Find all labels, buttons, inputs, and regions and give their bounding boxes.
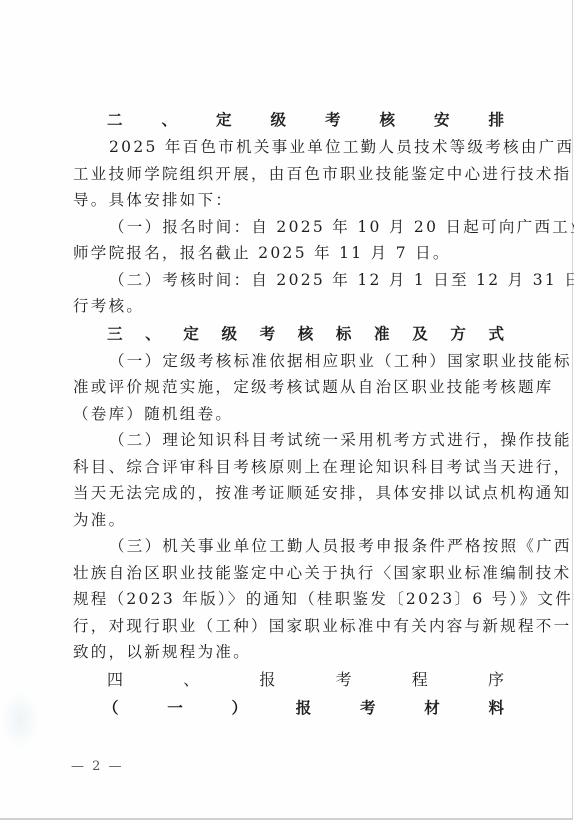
section-heading-3: 三、定级考核标准及方式 — [73, 320, 505, 348]
text-line: （卷库）随机组卷。 — [73, 401, 505, 428]
text-line: 科目、综合评审科目考核原则上在理论知识科目考试当天进行， — [73, 454, 505, 481]
section-heading-2: 二、定级考核安排 — [73, 106, 505, 134]
paragraph-arrangement-intro: 2025 年百色市机关事业单位工勤人员技术等级考核由广西 工业技师学院组织开展，… — [73, 134, 505, 214]
text-line: （一）定级考核标准依据相应职业（工种）国家职业技能标 — [73, 348, 505, 375]
text-line: 行考核。 — [73, 293, 505, 320]
text-line: 壮族自治区职业技能鉴定中心关于执行〈国家职业标准编制技术 — [73, 560, 505, 587]
paragraph-standards: （一）定级考核标准依据相应职业（工种）国家职业技能标 准或评价规范实施，定级考核… — [73, 348, 505, 428]
document-body: 二、定级考核安排 2025 年百色市机关事业单位工勤人员技术等级考核由广西 工业… — [73, 106, 505, 722]
paragraph-exam-method: （二）理论知识科目考试统一采用机考方式进行，操作技能 科目、综合评审科目考核原则… — [73, 427, 505, 533]
text-line: （三）机关事业单位工勤人员报考申报条件严格按照《广西 — [73, 533, 505, 560]
text-line: （二）理论知识科目考试统一采用机考方式进行，操作技能 — [73, 427, 505, 454]
paragraph-application-conditions: （三）机关事业单位工勤人员报考申报条件严格按照《广西 壮族自治区职业技能鉴定中心… — [73, 533, 505, 666]
text-line: （一）报名时间：自 2025 年 10 月 20 日起可向广西工业技 — [73, 214, 505, 241]
page-number: — 2 — — [71, 759, 124, 774]
paragraph-exam-time: （二）考核时间：自 2025 年 12 月 1 日至 12 月 31 日期间进 … — [73, 267, 505, 320]
text-line: 工业技师学院组织开展，由百色市职业技能鉴定中心进行技术指 — [73, 161, 505, 188]
paragraph-registration-time: （一）报名时间：自 2025 年 10 月 20 日起可向广西工业技 师学院报名… — [73, 214, 505, 267]
subsection-heading-materials: （一）报考材料 — [73, 694, 505, 722]
text-line: 师学院报名，报名截止 2025 年 11 月 7 日。 — [73, 240, 505, 267]
document-page: 二、定级考核安排 2025 年百色市机关事业单位工勤人员技术等级考核由广西 工业… — [0, 0, 573, 820]
section-heading-4: 四、报考程序 — [73, 666, 505, 694]
text-line: 为准。 — [73, 507, 505, 534]
text-line: 导。具体安排如下： — [73, 187, 505, 214]
text-line: 行，对现行职业（工种）国家职业标准中有关内容与新规程不一 — [73, 613, 505, 640]
text-line: 当天无法完成的，按准考证顺延安排，具体安排以试点机构通知 — [73, 480, 505, 507]
scan-artifact — [0, 690, 40, 750]
text-line: （二）考核时间：自 2025 年 12 月 1 日至 12 月 31 日期间进 — [73, 267, 505, 294]
text-line: 2025 年百色市机关事业单位工勤人员技术等级考核由广西 — [73, 134, 505, 161]
text-line: 规程（2023 年版）〉的通知（桂职鉴发〔2023〕6 号）》文件执 — [73, 586, 505, 613]
text-line: 致的，以新规程为准。 — [73, 639, 505, 666]
text-line: 准或评价规范实施，定级考核试题从自治区职业技能考核题库 — [73, 374, 505, 401]
